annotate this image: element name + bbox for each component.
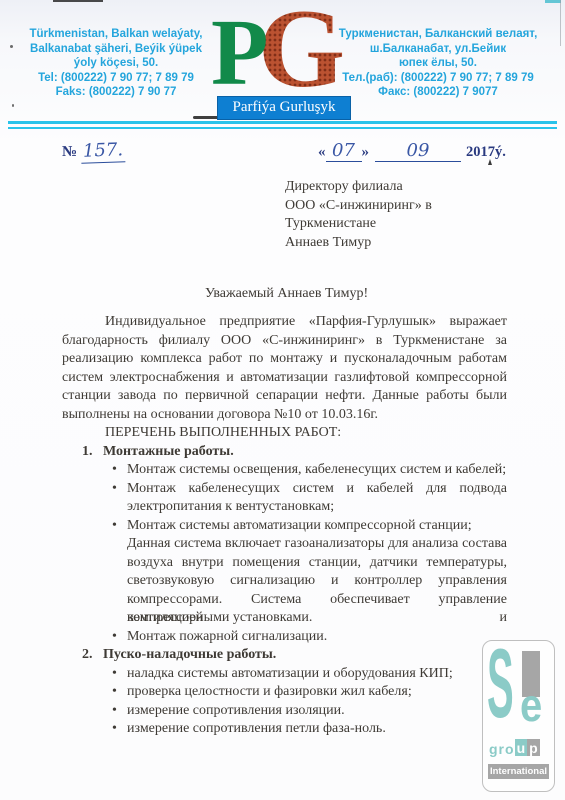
bullet-item: проверка целостности и фазировки жил каб…: [62, 683, 507, 702]
bullet-item: Монтаж системы автоматизации компрессорн…: [62, 517, 507, 536]
paragraph-line: реализацию комплекса работ по монтажу и …: [62, 350, 507, 369]
scan-artifact-teal-mark: [545, 0, 561, 3]
address-line: Faks: (800222) 7 90 77: [8, 85, 224, 100]
header-separator: [8, 121, 557, 129]
paragraph-line: Индивидуальное предприятие «Парфия-Гурлу…: [62, 313, 507, 332]
list-title: ПЕРЕЧЕНЬ ВЫПОЛНЕННЫХ РАБОТ:: [62, 424, 507, 443]
addressee-line: ООО «С-инжиниринг» в: [285, 197, 520, 216]
paragraph-line: благодарность филиалу ООО «С-инжиниринг»…: [62, 332, 507, 351]
logo-letter-g: G: [258, 0, 345, 105]
bullet-item: Монтаж пожарной сигнализации.: [62, 628, 507, 647]
address-line: Факс: (800222) 7 9077: [322, 85, 554, 100]
bullet-item: измерение сопротивления изоляции.: [62, 702, 507, 721]
address-line: Tel: (800222) 7 90 77; 7 89 79: [8, 71, 224, 86]
bullet-item: измерение сопротивления петли фаза-ноль.: [62, 720, 507, 739]
date-day-handwritten: 07: [326, 140, 362, 162]
paragraph-line: выполнены на основании договора №10 от 1…: [62, 406, 507, 425]
date-month-handwritten: 09: [375, 140, 461, 162]
bullet-note-line: Данная система включает газоанализаторы …: [62, 535, 507, 554]
date-line: «07»092017ý.: [318, 140, 506, 162]
section-number: 1.: [82, 443, 103, 462]
letterhead-address-left: Türkmenistan, Balkan welaýaty, Balkanaba…: [8, 27, 224, 100]
watermark-international-badge: International: [488, 764, 549, 779]
address-line: Balkanabat şäheri, Beýik ýüpek: [8, 42, 224, 57]
section-heading-1: 1. Монтажные работы.: [62, 443, 507, 462]
watermark-letter-s: S: [487, 636, 514, 734]
bullet-item-continued: электропитания к вентустановкам;: [62, 498, 507, 517]
salutation: Уважаемый Аннаев Тимур!: [205, 286, 368, 302]
company-logo: G P Parfiýa Gurluşyk: [205, 12, 363, 122]
letter-body: Индивидуальное предприятие «Парфия-Гурлу…: [62, 313, 507, 739]
addressee-line: Аннаев Тимур: [285, 234, 520, 253]
group-letter-p: p: [527, 739, 540, 756]
group-prefix: gro: [489, 742, 515, 756]
group-letter-u: u: [515, 739, 528, 756]
address-line: Тел.(раб): (800222) 7 90 77; 7 89 79: [322, 71, 554, 86]
bullet-note-line: воздуха внутри помещения станции, датчик…: [62, 554, 507, 573]
addressee-block: Директору филиала ООО «С-инжиниринг» в Т…: [285, 178, 520, 252]
scan-artifact-edge-line: [560, 0, 561, 46]
bullet-item: наладка системы автоматизации и оборудов…: [62, 665, 507, 684]
section-number: 2.: [82, 646, 103, 665]
reference-number-line: №157.: [62, 140, 125, 163]
scan-artifact-top-line: [53, 0, 103, 2]
scanned-letter-page: Türkmenistan, Balkan welaýaty, Balkanaba…: [0, 0, 565, 800]
section-title: Монтажные работы.: [103, 443, 234, 462]
date-year: 2017ý.: [466, 144, 506, 160]
watermark-letter-e: e: [520, 683, 542, 729]
open-quote: «: [318, 144, 326, 160]
bullet-note-line: компрессорными установками.: [62, 609, 507, 628]
bullet-item: Монтаж кабеленесущих систем и кабелей дл…: [62, 480, 507, 499]
address-line: Туркменистан, Балканский велаят,: [322, 27, 554, 42]
addressee-line: Директору филиала: [285, 178, 520, 197]
address-line: ýoly köçesi, 50.: [8, 56, 224, 71]
logo-letter-p: P: [211, 6, 268, 100]
address-line: юпек ёлы, 50.: [322, 56, 554, 71]
address-line: ш.Балканабат, ул.Бейик: [322, 42, 554, 57]
paragraph-line: систем электроснабжения и автоматизации …: [62, 369, 507, 388]
address-line: Türkmenistan, Balkan welaýaty,: [8, 27, 224, 42]
addressee-line: Туркменистане: [285, 215, 520, 234]
letterhead-address-right: Туркменистан, Балканский велаят, ш.Балка…: [322, 27, 554, 100]
paragraph-line: станции завода по первичной сепарации не…: [62, 387, 507, 406]
bullet-note-line: светозвуковую сигнализацию и контроллер …: [62, 572, 507, 591]
se-group-watermark-logo: S e group International: [482, 640, 555, 792]
section-heading-2: 2. Пуско-наладочные работы.: [62, 646, 507, 665]
doc-number-handwritten: 157.: [81, 139, 126, 164]
close-quote: »: [362, 144, 370, 160]
section-title: Пуско-наладочные работы.: [103, 646, 276, 665]
scan-artifact-speck: [12, 104, 14, 107]
doc-number-label: №: [62, 144, 77, 160]
watermark-group-text: group: [489, 739, 540, 756]
bullet-note-line: компрессорами. Система обеспечивает упра…: [62, 591, 507, 610]
bullet-item: Монтаж системы освещения, кабеленесущих …: [62, 461, 507, 480]
